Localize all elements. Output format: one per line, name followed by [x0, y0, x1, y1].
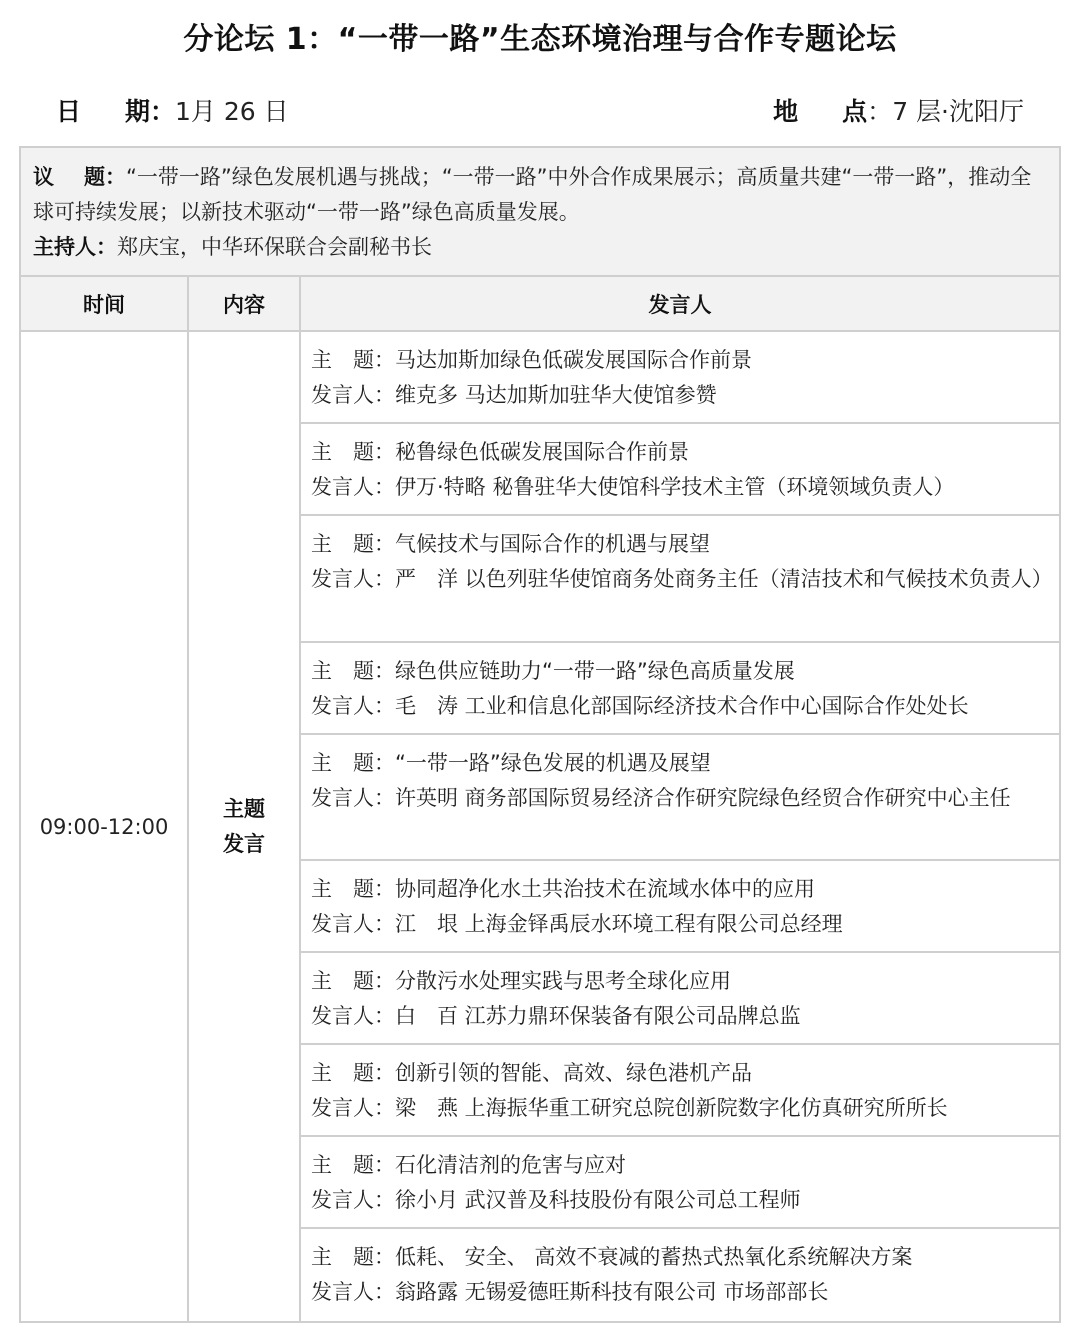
agenda-host: 主持人：郑庆宝，中华环保联合会副秘书长: [33, 230, 1049, 265]
table-row: 主 题：绿色供应链助力“一带一路”绿色高质量发展 发言人：毛 涛 工业和信息化部…: [301, 643, 1059, 735]
topic-label: 主 题：: [311, 532, 395, 556]
speaker-label: 发言人：: [311, 1188, 395, 1212]
agenda-topics: 议题：“一带一路”绿色发展机遇与挑战；“一带一路”中外合作成果展示；高质量共建“…: [33, 160, 1049, 230]
speaker-list: 主 题：马达加斯加绿色低碳发展国际合作前景 发言人：维克多 马达加斯加驻华大使馆…: [301, 332, 1059, 1321]
speaker-label: 发言人：: [311, 694, 395, 718]
topic-text: 低耗、 安全、 高效不衰减的蓄热式热氧化系统解决方案: [395, 1245, 912, 1269]
place-colon: ：: [867, 97, 892, 126]
agenda-topic-label: 议题：: [33, 165, 126, 189]
date-label-b: 期：: [125, 97, 175, 126]
speaker-text: 伊万·特略 秘鲁驻华大使馆科学技术主管（环境领域负责人）: [395, 475, 954, 499]
table-row: 主 题：气候技术与国际合作的机遇与展望 发言人：严 洋 以色列驻华使馆商务处商务…: [301, 516, 1059, 643]
header-time: 时间: [21, 277, 189, 330]
speaker-text: 维克多 马达加斯加驻华大使馆参赞: [395, 383, 717, 407]
agenda-block: 议题：“一带一路”绿色发展机遇与挑战；“一带一路”中外合作成果展示；高质量共建“…: [21, 148, 1059, 277]
topic-text: 石化清洁剂的危害与应对: [395, 1153, 626, 1177]
place-label: 地点: [773, 97, 867, 126]
speaker-text: 许英明 商务部国际贸易经济合作研究院绿色经贸合作研究中心主任: [395, 786, 1011, 810]
table-row: 主 题：马达加斯加绿色低碳发展国际合作前景 发言人：维克多 马达加斯加驻华大使馆…: [301, 332, 1059, 424]
topic-text: “一带一路”绿色发展的机遇及展望: [395, 751, 711, 775]
table-row: 主 题：创新引领的智能、高效、绿色港机产品 发言人：梁 燕 上海振华重工研究总院…: [301, 1045, 1059, 1137]
speaker-label: 发言人：: [311, 383, 395, 407]
speaker-label: 发言人：: [311, 475, 395, 499]
topic-label: 主 题：: [311, 969, 395, 993]
content-line-2: 发言: [223, 827, 265, 862]
speaker-text: 江 垠 上海金铎禹辰水环境工程有限公司总经理: [395, 912, 843, 936]
topic-label: 主 题：: [311, 877, 395, 901]
time-cell: 09:00-12:00: [21, 332, 189, 1321]
topic-text: 绿色供应链助力“一带一路”绿色高质量发展: [395, 659, 795, 683]
speaker-text: 毛 涛 工业和信息化部国际经济技术合作中心国际合作处处长: [395, 694, 969, 718]
table-row: 主 题：协同超净化水土共治技术在流域水体中的应用 发言人：江 垠 上海金铎禹辰水…: [301, 861, 1059, 953]
topic-text: 秘鲁绿色低碳发展国际合作前景: [395, 440, 689, 464]
speaker-label: 发言人：: [311, 912, 395, 936]
date-value: 1月 26 日: [175, 97, 289, 126]
host-label: 主持人：: [33, 235, 117, 259]
topic-label: 主 题：: [311, 348, 395, 372]
speaker-text: 梁 燕 上海振华重工研究总院创新院数字化仿真研究所所长: [395, 1096, 948, 1120]
speaker-text: 严 洋 以色列驻华使馆商务处商务主任（清洁技术和气候技术负责人）: [395, 567, 1053, 591]
speaker-label: 发言人：: [311, 1004, 395, 1028]
table-row: 主 题：低耗、 安全、 高效不衰减的蓄热式热氧化系统解决方案 发言人：翁路露 无…: [301, 1229, 1059, 1321]
content-cell: 主题 发言: [189, 332, 301, 1321]
forum-title: 分论坛 1：“一带一路”生态环境治理与合作专题论坛: [0, 14, 1080, 58]
topic-text: 气候技术与国际合作的机遇与展望: [395, 532, 710, 556]
topic-text: 分散污水处理实践与思考全球化应用: [395, 969, 731, 993]
host-text: 郑庆宝，中华环保联合会副秘书长: [117, 235, 432, 259]
date-info: 日期：1月 26 日: [56, 92, 289, 128]
agenda-topic-text: “一带一路”绿色发展机遇与挑战；“一带一路”中外合作成果展示；高质量共建“一带一…: [33, 165, 1031, 224]
agenda-topic-label-a: 议: [33, 165, 54, 189]
speaker-text: 翁路露 无锡爱德旺斯科技有限公司 市场部部长: [395, 1280, 828, 1304]
topic-label: 主 题：: [311, 1245, 395, 1269]
topic-label: 主 题：: [311, 751, 395, 775]
place-label-a: 地: [773, 97, 798, 126]
agenda-topic-label-b: 题：: [84, 165, 126, 189]
table-header: 时间 内容 发言人: [21, 277, 1059, 332]
place-value: 7 层·沈阳厅: [892, 97, 1024, 126]
date-label-a: 日: [56, 97, 81, 126]
table-row: 主 题：分散污水处理实践与思考全球化应用 发言人：白 百 江苏力鼎环保装备有限公…: [301, 953, 1059, 1045]
speaker-label: 发言人：: [311, 1280, 395, 1304]
content-line-1: 主题: [223, 792, 265, 827]
table-row: 主 题：秘鲁绿色低碳发展国际合作前景 发言人：伊万·特略 秘鲁驻华大使馆科学技术…: [301, 424, 1059, 516]
topic-text: 协同超净化水土共治技术在流域水体中的应用: [395, 877, 815, 901]
topic-label: 主 题：: [311, 659, 395, 683]
place-label-b: 点: [842, 97, 867, 126]
topic-label: 主 题：: [311, 440, 395, 464]
place-info: 地点：7 层·沈阳厅: [773, 92, 1024, 128]
meta-row: 日期：1月 26 日 地点：7 层·沈阳厅: [56, 90, 1024, 130]
header-speaker: 发言人: [301, 277, 1059, 330]
speaker-label: 发言人：: [311, 786, 395, 810]
speaker-label: 发言人：: [311, 1096, 395, 1120]
header-content: 内容: [189, 277, 301, 330]
speaker-text: 徐小月 武汉普及科技股份有限公司总工程师: [395, 1188, 801, 1212]
topic-label: 主 题：: [311, 1153, 395, 1177]
topic-text: 马达加斯加绿色低碳发展国际合作前景: [395, 348, 752, 372]
topic-text: 创新引领的智能、高效、绿色港机产品: [395, 1061, 752, 1085]
speaker-text: 白 百 江苏力鼎环保装备有限公司品牌总监: [395, 1004, 801, 1028]
speaker-label: 发言人：: [311, 567, 395, 591]
schedule-table: 议题：“一带一路”绿色发展机遇与挑战；“一带一路”中外合作成果展示；高质量共建“…: [19, 146, 1061, 1323]
date-label: 日期：: [56, 97, 175, 126]
table-body: 09:00-12:00 主题 发言 主 题：马达加斯加绿色低碳发展国际合作前景 …: [21, 332, 1059, 1321]
topic-label: 主 题：: [311, 1061, 395, 1085]
table-row: 主 题：石化清洁剂的危害与应对 发言人：徐小月 武汉普及科技股份有限公司总工程师: [301, 1137, 1059, 1229]
table-row: 主 题：“一带一路”绿色发展的机遇及展望 发言人：许英明 商务部国际贸易经济合作…: [301, 735, 1059, 862]
